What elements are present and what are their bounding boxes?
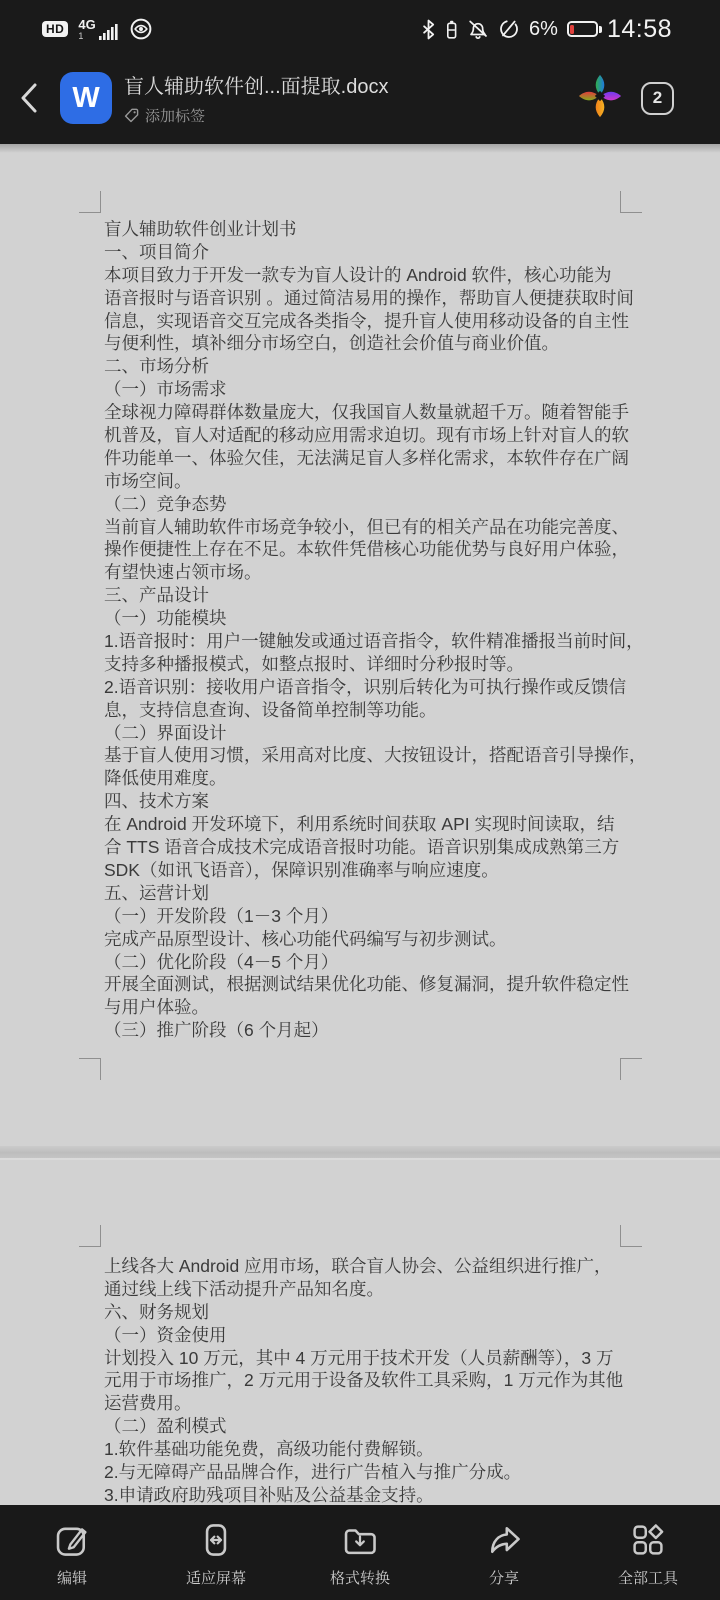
hd-icon: HD — [42, 21, 68, 37]
signal-bars-icon — [99, 23, 119, 41]
doc-line: 机普及，盲人对适配的移动应用需求迫切。现有市场上针对盲人的软 — [104, 424, 624, 447]
title-block: 盲人辅助软件创...面提取.docx 添加标签 — [124, 70, 577, 126]
page1-margin-mark-bottom-left — [79, 1058, 101, 1080]
signal-strength-icon: 4G 1 — [78, 18, 118, 41]
doc-line: 有望快速占领市场。 — [104, 561, 624, 584]
doc-line: （二）竞争态势 — [104, 493, 624, 516]
share-icon — [485, 1521, 523, 1559]
status-right: 6% 14:58 — [412, 15, 672, 44]
phone-screen: HD 4G 1 — [0, 0, 720, 1600]
doc-line: 四、技术方案 — [104, 790, 624, 813]
doc-line: 与便利性，填补细分市场空白，创造社会价值与商业价值。 — [104, 332, 624, 355]
back-button[interactable] — [16, 76, 54, 120]
battery-percent-label: 6% — [529, 18, 558, 41]
doc-line: 1.语音报时：用户一键触发或通过语音指令，软件精准播报当前时间， — [104, 630, 624, 653]
tag-icon — [124, 108, 139, 123]
sim-slot-label: 1 — [78, 32, 95, 41]
doc-line: 计划投入 10 万元，其中 4 万元用于技术开发（人员薪酬等），3 万 — [104, 1347, 624, 1370]
doc-line: 降低使用难度。 — [104, 767, 624, 790]
doc-line: 本项目致力于开发一款专为盲人设计的 Android 软件，核心功能为 — [104, 264, 624, 287]
tab-count-button[interactable]: 2 — [641, 82, 674, 115]
doc-line: （一）市场需求 — [104, 378, 624, 401]
document-title: 盲人辅助软件创...面提取.docx — [124, 70, 577, 99]
doc-line: 三、产品设计 — [104, 584, 624, 607]
tool-format-convert-label: 格式转换 — [330, 1567, 390, 1588]
edit-icon — [53, 1521, 91, 1559]
doc-line: 开展全面测试，根据测试结果优化功能、修复漏洞，提升软件稳定性 — [104, 973, 624, 996]
doc-line: 上线各大 Android 应用市场，联合盲人协会、公益组织进行推广， — [104, 1255, 624, 1278]
tool-format-convert[interactable]: 格式转换 — [288, 1505, 432, 1600]
doc-line: 六、财务规划 — [104, 1301, 624, 1324]
page-gap — [0, 1146, 720, 1160]
tool-fit-screen[interactable]: 适应屏幕 — [144, 1505, 288, 1600]
data-saver-icon — [498, 18, 520, 40]
doc-line: 与用户体验。 — [104, 996, 624, 1019]
network-type-label: 4G — [78, 18, 95, 31]
doc-line: 支持多种播报模式，如整点报时、详细时分秒报时等。 — [104, 653, 624, 676]
doc-line: 合 TTS 语音合成技术完成语音报时功能。语音识别集成成熟第三方 — [104, 836, 624, 859]
word-file-icon: W — [60, 72, 112, 124]
doc-line: 元用于市场推广，2 万元用于设备及软件工具采购，1 万元作为其他 — [104, 1369, 624, 1392]
doc-line: （三）推广阶段（6 个月起） — [104, 1019, 624, 1042]
tab-count-label: 2 — [653, 88, 662, 108]
doc-line: 五、运营计划 — [104, 882, 624, 905]
doc-line: 3.申请政府助残项目补贴及公益基金支持。 — [104, 1484, 624, 1505]
doc-line: 二、市场分析 — [104, 355, 624, 378]
eye-comfort-icon — [129, 17, 153, 41]
doc-line: （二）盈利模式 — [104, 1415, 624, 1438]
doc-line: 语音报时与语音识别 。通过简洁易用的操作，帮助盲人便捷获取时间 — [104, 287, 624, 310]
app-header: W 盲人辅助软件创...面提取.docx 添加标签 — [0, 58, 720, 144]
tool-fit-screen-label: 适应屏幕 — [186, 1567, 246, 1588]
doc-line: 在 Android 开发环境下，利用系统时间获取 API 实现时间读取，结 — [104, 813, 624, 836]
doc-line: （二）优化阶段（4－5 个月） — [104, 951, 624, 974]
bluetooth-battery-icon — [445, 19, 458, 40]
format-convert-icon — [341, 1521, 379, 1559]
word-file-letter: W — [72, 82, 99, 115]
doc-line: SDK（如讯飞语音），保障识别准确率与响应速度。 — [104, 859, 624, 882]
page1-margin-mark-top-right — [620, 191, 642, 213]
battery-icon — [567, 21, 598, 37]
doc-line: 操作便捷性上存在不足。本软件凭借核心功能优势与良好用户体验， — [104, 538, 624, 561]
doc-line: 盲人辅助软件创业计划书 — [104, 218, 624, 241]
doc-line: 完成产品原型设计、核心功能代码编写与初步测试。 — [104, 928, 624, 951]
tool-all-tools-label: 全部工具 — [618, 1567, 678, 1588]
add-tag-button[interactable]: 添加标签 — [124, 105, 577, 126]
page1-margin-mark-bottom-right — [620, 1058, 642, 1080]
all-tools-icon — [629, 1521, 667, 1559]
doc-line: 件功能单一、体验欠佳，无法满足盲人多样化需求，本软件存在广阔 — [104, 447, 624, 470]
add-tag-label: 添加标签 — [145, 105, 205, 126]
tool-share[interactable]: 分享 — [432, 1505, 576, 1600]
doc-line: 市场空间。 — [104, 470, 624, 493]
doc-line: 1.软件基础功能免费，高级功能付费解锁。 — [104, 1438, 624, 1461]
fit-screen-icon — [197, 1521, 235, 1559]
tool-share-label: 分享 — [489, 1567, 519, 1588]
doc-line: （一）开发阶段（1－3 个月） — [104, 905, 624, 928]
bluetooth-icon — [421, 19, 436, 40]
status-left: HD 4G 1 — [42, 17, 163, 41]
doc-line: 通过线上线下活动提升产品知名度。 — [104, 1278, 624, 1301]
page2-text: 上线各大 Android 应用市场，联合盲人协会、公益组织进行推广，通过线上线下… — [104, 1255, 624, 1505]
tool-edit[interactable]: 编辑 — [0, 1505, 144, 1600]
clock-label: 14:58 — [607, 15, 672, 44]
page1-margin-mark-top-left — [79, 191, 101, 213]
doc-line: 2.语音识别：接收用户语音指令，识别后转化为可执行操作或反馈信 — [104, 676, 624, 699]
doc-line: （一）资金使用 — [104, 1324, 624, 1347]
bottom-toolbar: 编辑 适应屏幕 格式转换 分享 — [0, 1505, 720, 1600]
page2-margin-mark-top-left — [79, 1225, 101, 1247]
page1-text: 盲人辅助软件创业计划书一、项目简介本项目致力于开发一款专为盲人设计的 Andro… — [104, 218, 624, 1042]
tool-all-tools[interactable]: 全部工具 — [576, 1505, 720, 1600]
doc-line: 一、项目简介 — [104, 241, 624, 264]
doc-line: （二）界面设计 — [104, 722, 624, 745]
document-scroll-area[interactable]: 盲人辅助软件创业计划书一、项目简介本项目致力于开发一款专为盲人设计的 Andro… — [0, 144, 720, 1505]
doc-line: 息，支持信息查询、设备简单控制等功能。 — [104, 699, 624, 722]
doc-line: 运营费用。 — [104, 1392, 624, 1415]
doc-line: （一）功能模块 — [104, 607, 624, 630]
doc-line: 基于盲人使用习惯，采用高对比度、大按钮设计，搭配语音引导操作， — [104, 744, 624, 767]
page2-margin-mark-top-right — [620, 1225, 642, 1247]
doc-line: 全球视力障碍群体数量庞大，仅我国盲人数量就超千万。随着智能手 — [104, 401, 624, 424]
ai-assistant-button[interactable] — [577, 73, 623, 124]
battery-low-fill — [570, 25, 574, 34]
tool-edit-label: 编辑 — [57, 1567, 87, 1588]
status-bar: HD 4G 1 — [0, 0, 720, 58]
doc-line: 当前盲人辅助软件市场竞争较小，但已有的相关产品在功能完善度、 — [104, 516, 624, 539]
doc-line: 信息，实现语音交互完成各类指令，提升盲人使用移动设备的自主性 — [104, 310, 624, 333]
doc-line: 2.与无障碍产品品牌合作，进行广告植入与推广分成。 — [104, 1461, 624, 1484]
notifications-muted-icon — [467, 19, 489, 40]
